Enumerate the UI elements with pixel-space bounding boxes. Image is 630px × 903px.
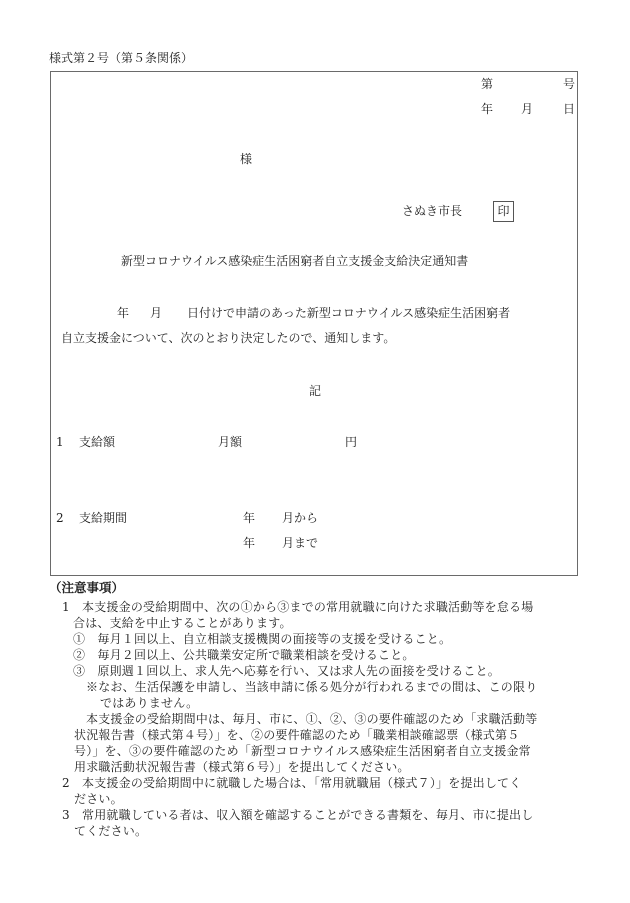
notice-frame [50, 71, 578, 576]
date-year: 年 [481, 103, 493, 115]
date-month: 月 [521, 103, 533, 115]
item-1-monthly-label: 月額 [218, 436, 242, 448]
note-line: てください。 [74, 825, 147, 837]
body-year: 年 [117, 307, 129, 319]
item-2-to-year: 年 [243, 537, 255, 549]
number-prefix: 第 [481, 78, 493, 90]
note-line: ※なお、生活保護を申請し、当該申請に係る処分が行われるまでの間は、この限り [86, 681, 537, 693]
date-day: 日 [563, 103, 575, 115]
body-line1: 日付けで申請のあった新型コロナウイルス感染症生活困窮者 [187, 307, 510, 319]
note-line: ③ 原則週１回以上、求人先へ応募を行い、又は求人先の面接を受けること。 [73, 665, 500, 677]
note-line: 3 常用就職している者は、収入額を確認することができる書類を、毎月、市に提出し [62, 809, 533, 821]
notes-heading: （注意事項） [49, 582, 124, 595]
document-title: 新型コロナウイルス感染症生活困窮者自立支援金支給決定通知書 [121, 255, 468, 267]
note-line: ① 毎月１回以上、自立相談支援機関の面接等の支援を受けること。 [73, 633, 451, 645]
seal-box: 印 [493, 201, 514, 222]
item-2-number: 2 [56, 512, 64, 524]
item-1-unit: 円 [345, 436, 357, 448]
addressee-suffix: 様 [240, 153, 252, 165]
item-2-from-month: 月から [282, 512, 318, 524]
note-line: 1 本支援金の受給期間中、次の①から③までの常用就職に向けた求職活動等を怠る場 [62, 601, 533, 613]
number-suffix: 号 [563, 78, 575, 90]
note-line: 状況報告書（様式第４号）」を、②の要件確認のため「職業相談確認票（様式第５ [74, 729, 519, 741]
note-line: ださい。 [74, 793, 123, 805]
note-line: 2 本支援金の受給期間中に就職した場合は、「常用就職届（様式７）」を提出してく [62, 777, 521, 789]
body-line2: 自立支援金について、次のとおり決定したので、通知します。 [61, 332, 395, 344]
item-2-label: 支給期間 [79, 512, 127, 524]
note-line: 本支援金の受給期間中は、毎月、市に、①、②、③の要件確認のため「求職活動等 [86, 713, 537, 725]
note-line: 用求職活動状況報告書（様式第６号）」を提出してください。 [74, 761, 410, 773]
item-1-label: 支給額 [79, 436, 115, 448]
item-2-from-year: 年 [243, 512, 255, 524]
note-line: ではありません。 [100, 697, 198, 709]
item-2-to-month: 月まで [282, 537, 318, 549]
form-label: 様式第２号（第５条関係） [49, 52, 193, 64]
issuer-title: さぬき市長 [402, 205, 462, 217]
item-1-number: 1 [56, 436, 64, 448]
note-line: 号）」を、③の要件確認のため「新型コロナウイルス感染症生活困窮者自立支援金常 [74, 745, 531, 757]
note-line: 合は、支給を中止することがあります。 [73, 617, 292, 629]
body-month: 月 [150, 307, 162, 319]
ki-heading: 記 [309, 385, 321, 397]
note-line: ② 毎月２回以上、公共職業安定所で職業相談を受けること。 [73, 649, 415, 661]
